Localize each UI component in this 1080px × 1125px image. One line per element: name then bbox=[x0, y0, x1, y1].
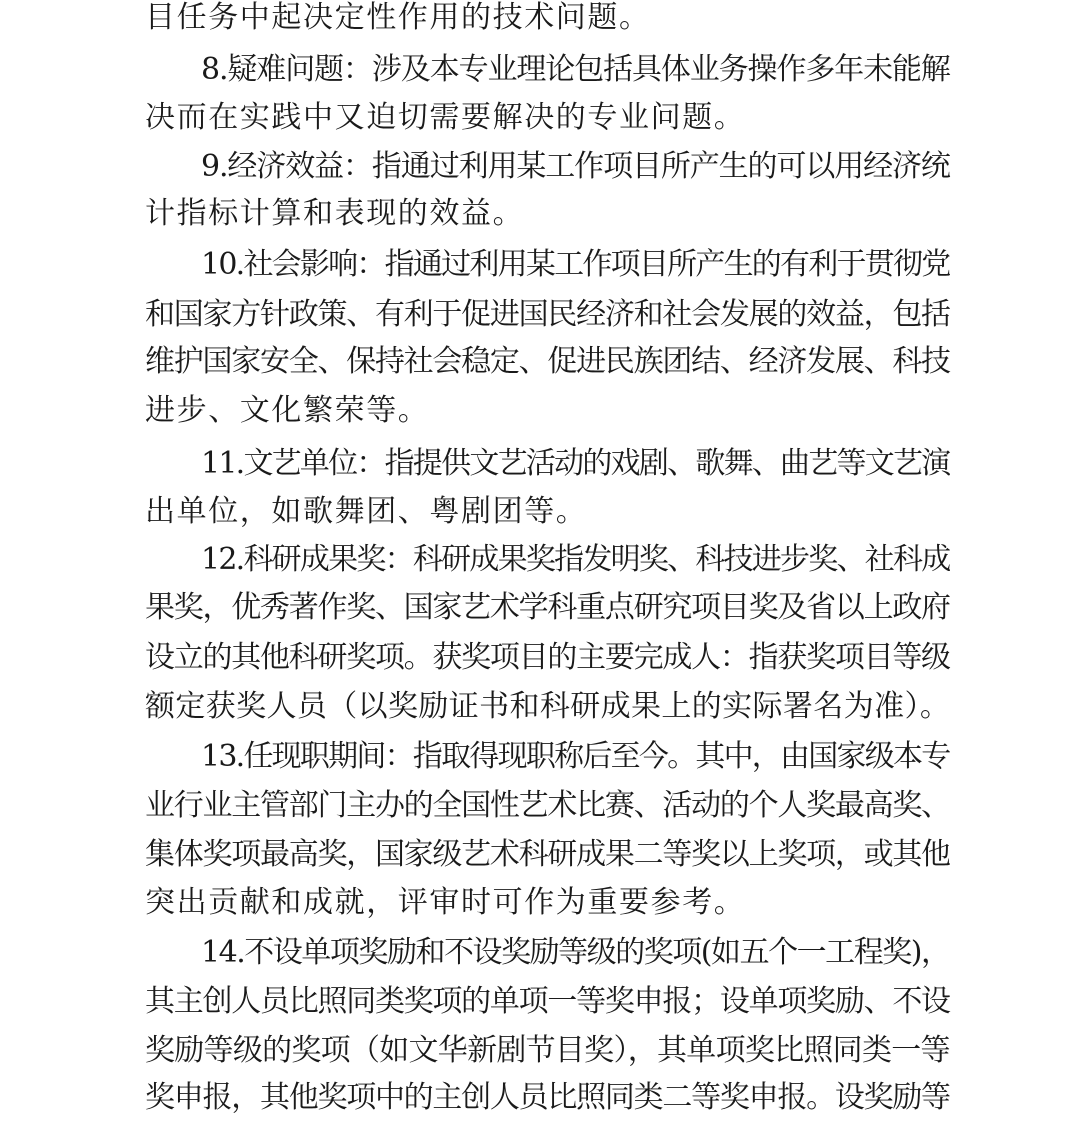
paragraph-first-line: 12.科研成果奖：科研成果奖指发明奖、科技进步奖、社科成 bbox=[201, 540, 950, 580]
paragraph-line: 突出贡献和成就，评审时可作为重要参考。 bbox=[145, 883, 745, 923]
paragraph-line: 进步、文化繁荣等。 bbox=[145, 391, 429, 431]
paragraph-first-line: 8.疑难问题：涉及本专业理论包括具体业务操作多年未能解 bbox=[201, 50, 950, 90]
paragraph-line: 设立的其他科研奖项。获奖项目的主要完成人：指获奖项目等级 bbox=[145, 638, 950, 678]
paragraph-first-line: 9.经济效益：指通过利用某工作项目所产生的可以用经济统 bbox=[201, 147, 950, 187]
paragraph-first-line: 13.任现职期间：指取得现职称后至今。其中，由国家级本专 bbox=[201, 737, 950, 777]
paragraph-line: 奖申报，其他奖项中的主创人员比照同类二等奖申报。设奖励等 bbox=[145, 1078, 950, 1118]
paragraph-first-line: 14.不设单项奖励和不设奖励等级的奖项(如五个一工程奖)， bbox=[201, 933, 950, 973]
paragraph-line: 果奖，优秀著作奖、国家艺术学科重点研究项目奖及省以上政府 bbox=[145, 588, 950, 628]
paragraph-line: 决而在实践中又迫切需要解决的专业问题。 bbox=[145, 98, 745, 138]
paragraph-line: 维护国家安全、保持社会稳定、促进民族团结、经济发展、科技 bbox=[145, 342, 950, 382]
paragraph-line: 目任务中起决定性作用的技术问题。 bbox=[145, 0, 651, 38]
paragraph-line: 计指标计算和表现的效益。 bbox=[145, 194, 524, 234]
paragraph-line: 出单位，如歌舞团、粤剧团等。 bbox=[145, 492, 587, 532]
paragraph-line: 集体奖项最高奖，国家级艺术科研成果二等奖以上奖项，或其他 bbox=[145, 835, 950, 875]
paragraph-line: 业行业主管部门主办的全国性艺术比赛、活动的个人奖最高奖、 bbox=[145, 786, 950, 826]
paragraph-line: 和国家方针政策、有利于促进国民经济和社会发展的效益，包括 bbox=[145, 295, 950, 335]
paragraph-line: 其主创人员比照同类奖项的单项一等奖申报；设单项奖励、不设 bbox=[145, 982, 950, 1022]
paragraph-first-line: 11.文艺单位：指提供文艺活动的戏剧、歌舞、曲艺等文艺演 bbox=[201, 444, 950, 484]
paragraph-first-line: 10.社会影响：指通过利用某工作项目所产生的有利于贯彻党 bbox=[201, 245, 950, 285]
paragraph-line: 额定获奖人员（以奖励证书和科研成果上的实际署名为准）。 bbox=[145, 687, 950, 727]
paragraph-line: 奖励等级的奖项（如文华新剧节目奖），其单项奖比照同类一等 bbox=[145, 1031, 950, 1071]
